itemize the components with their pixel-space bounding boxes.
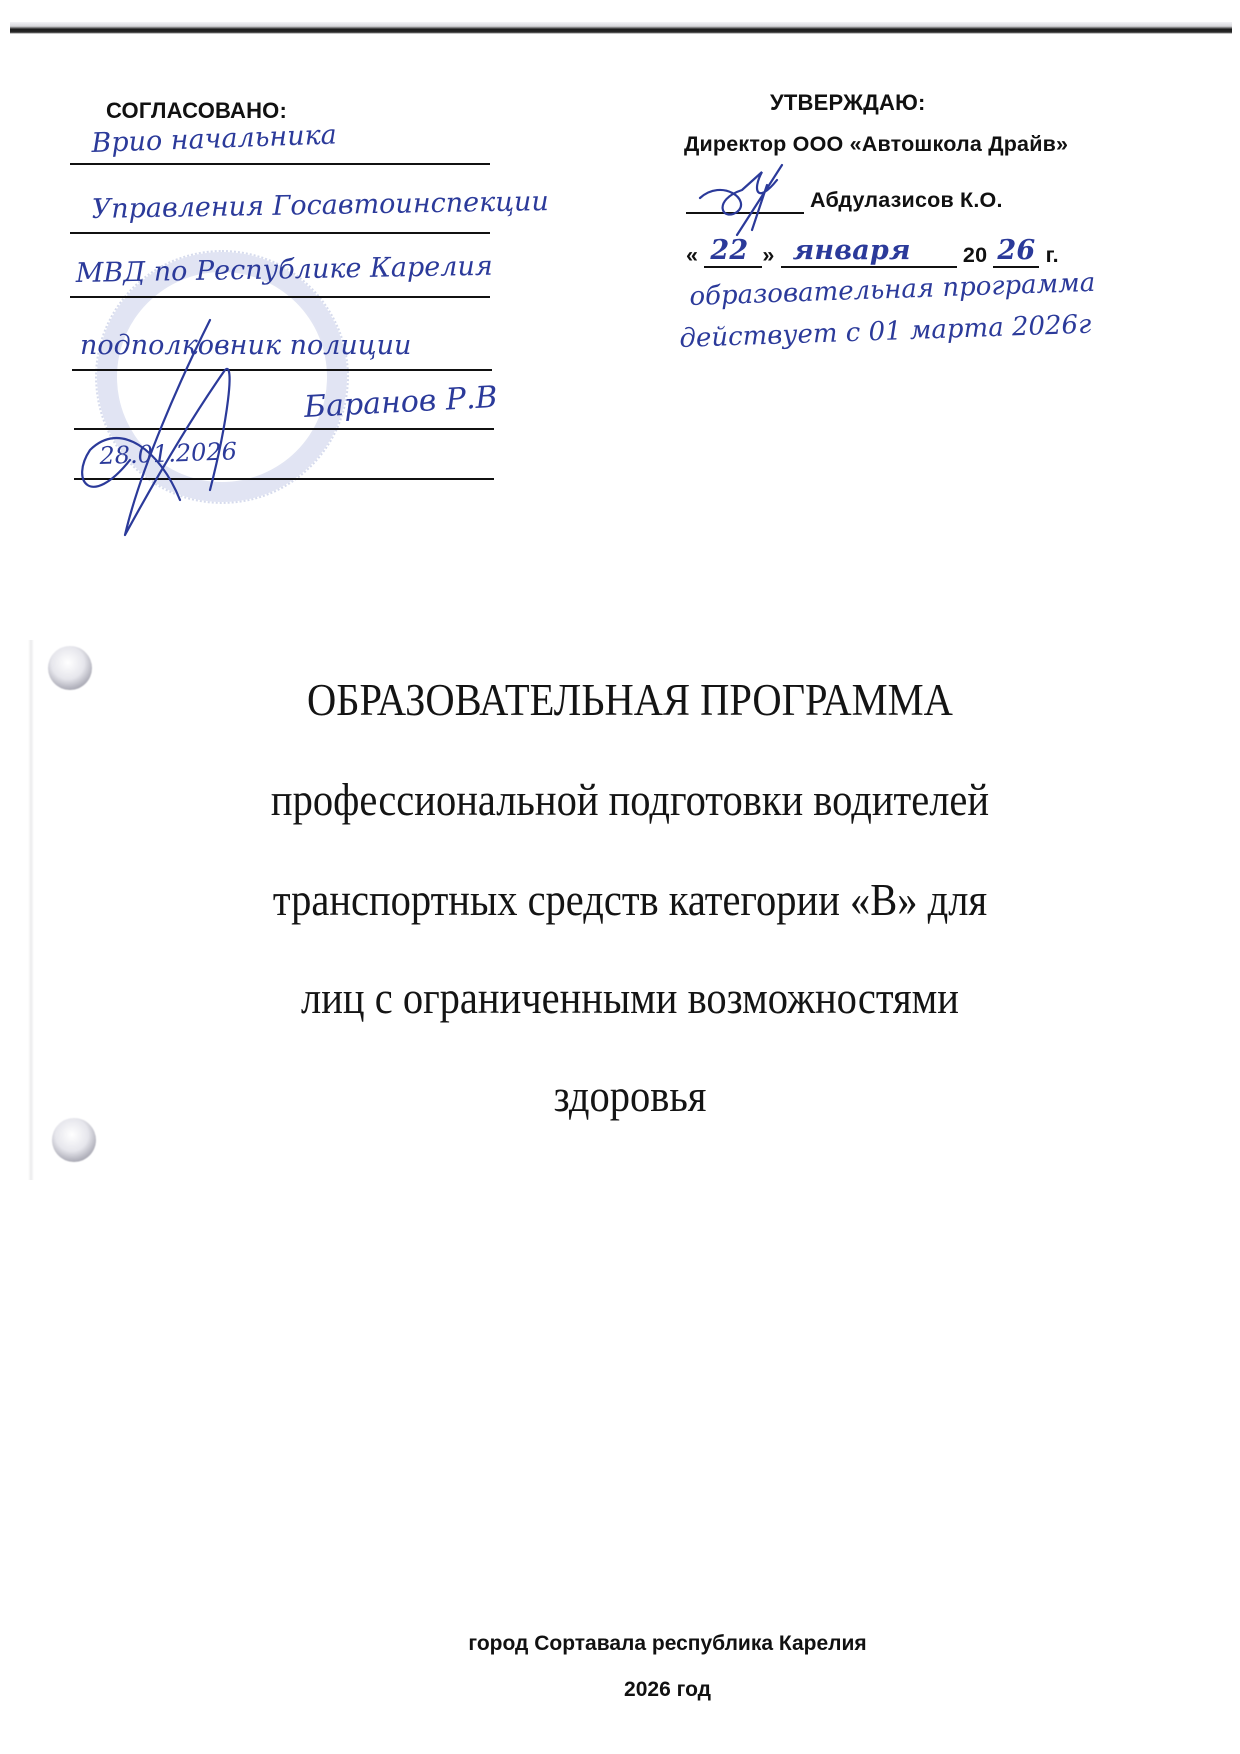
title-line-3: транспортных средств категории «В» для [153,874,1107,926]
title-line-4: лиц с ограниченными возможностями [153,972,1107,1024]
underline-1 [70,163,490,165]
title-line-1: ОБРАЗОВАТЕЛЬНАЯ ПРОГРАММА [153,674,1107,726]
title-line-2: профессиональной подготовки водителей [153,774,1107,826]
footer-year: 2026 год [0,1678,1240,1702]
punch-hole-bottom [52,1118,96,1162]
approval-date: « 22» января 20 26 г. [686,240,1059,268]
date-year-field: 26 [993,240,1039,268]
date-year-handwritten: 26 [997,235,1035,266]
approval-right-block: УТВЕРЖДАЮ: Директор ООО «Автошкола Драйв… [620,0,1240,420]
date-close-quote: » [762,243,774,267]
date-month-handwritten: января [793,235,911,266]
underline-3 [70,296,490,298]
binding-margin-shadow [28,640,34,1180]
approve-heading: УТВЕРЖДАЮ: [770,90,926,116]
handwritten-note-line-1: образовательная программа [689,268,1096,312]
signature-director-icon [682,160,822,240]
date-month-field: января [781,240,957,268]
signature-left-icon [60,300,380,540]
date-year-prefix: 20 [963,243,987,267]
date-day-handwritten: 22 [710,235,748,266]
director-position: Директор ООО «Автошкола Драйв» [684,132,1068,157]
title-line-5: здоровья [153,1070,1107,1122]
date-year-unit: г. [1046,243,1059,267]
agreed-heading: СОГЛАСОВАНО: [106,98,287,124]
director-name: Абдулазисов К.О. [810,188,1003,213]
handwritten-position-line-2: Управления Госавтоинспекции [91,186,549,225]
handwritten-position-line-3: МВД по Республике Карелия [75,251,493,289]
punch-hole-top [48,646,92,690]
date-open-quote: « [686,243,698,267]
footer-place: город Сортавала республика Карелия [0,1632,1240,1656]
handwritten-position-line-1: Врио начальника [91,119,337,159]
date-day-field: 22 [704,240,762,268]
handwritten-note-line-2: действует с 01 марта 2026г [679,310,1092,354]
approval-left-block: СОГЛАСОВАНО: Врио начальника Управления … [0,0,620,560]
underline-2 [70,232,490,234]
